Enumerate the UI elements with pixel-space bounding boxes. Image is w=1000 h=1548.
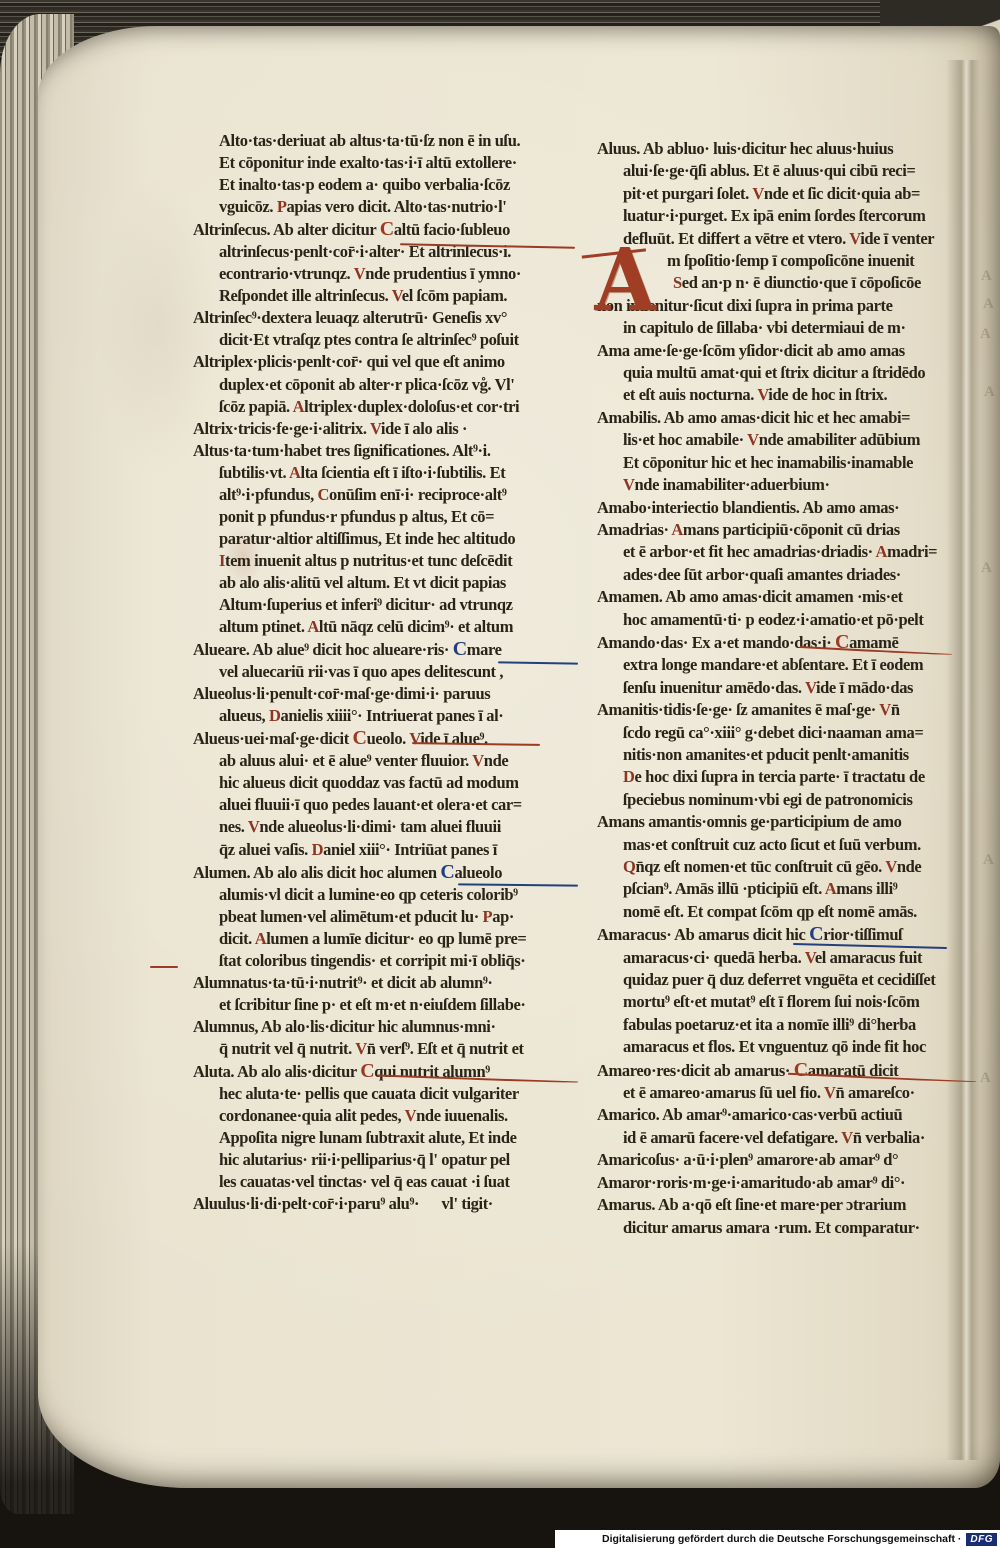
rubricated-letter: A: [255, 929, 267, 948]
text-segment: Amareo·res·dicit ab amarus·: [597, 1061, 794, 1080]
text-segment: ide de hoc in ſtrix.: [768, 385, 887, 404]
rubricated-letter: C: [809, 923, 823, 945]
text-segment: Alumen. Ab alo alis dicit hoc alumen: [193, 863, 440, 882]
text-column-left: Alto·tas·deriuat ab altus·ta·tū·ſz non ē…: [193, 130, 585, 1215]
text-segment: fabulas poetaruz·et ita a nomīe illi⁹ di…: [623, 1015, 916, 1034]
text-segment: ſubtilis·vt.: [219, 463, 289, 482]
text-segment: Altum·ſuperius et inferi⁹ dicitur· ad vt…: [219, 595, 513, 614]
manuscript-line: les cauatas·vel tinctas· vel q̄ eas caua…: [193, 1171, 585, 1193]
text-segment: ltū nāqz celū dicim⁹· et altum: [319, 617, 513, 636]
text-segment: el ſcōm papiam.: [402, 286, 507, 305]
manuscript-line: Alumnus, Ab alo·lis·dicitur hic alumnus·…: [193, 1016, 585, 1038]
manuscript-line: dicit·Et vtraſqz ptes contra ſe altrinſe…: [193, 329, 585, 351]
rubricated-letter: V: [409, 729, 420, 748]
text-segment: ponit p pfundus·r pfundus p altus, Et cō…: [219, 507, 494, 526]
manuscript-line: et ē amareo·amarus ſū uel fio. Vn̄ amare…: [597, 1082, 957, 1104]
manuscript-line: Reſpondet ille altrinſecus. Vel ſcōm pap…: [193, 285, 585, 307]
text-segment: hic alueus dicit quoddaz vas factū ad mo…: [219, 773, 519, 792]
text-segment: Et cōponitur hic et hec inamabilis·inama…: [623, 453, 913, 472]
manuscript-line: Et cōponitur hic et hec inamabilis·inama…: [597, 452, 957, 474]
text-segment: hoc amamentū·ti· p eodez·i·amatio·et pō·…: [623, 610, 923, 629]
manuscript-line: hoc amamentū·ti· p eodez·i·amatio·et pō·…: [597, 609, 957, 631]
text-segment: duplex·et cōponit ab alter·r plica·ſcōz …: [219, 375, 514, 394]
manuscript-line: q̄ nutrit vel q̄ nutrit. Vn̄ verſ⁹. Eſt …: [193, 1038, 585, 1060]
rubricated-letter: A: [825, 879, 837, 898]
text-segment: Aluta. Ab alo alis·dicitur: [193, 1062, 360, 1081]
text-segment: cordonanee·quia alit pedes,: [219, 1106, 405, 1125]
text-segment: paratur·altior altiſſimus, Et inde hec a…: [219, 529, 515, 548]
manuscript-line: Amabo·interiectio blandientis. Ab amo am…: [597, 497, 957, 519]
manuscript-line: amaracus·ci· quedā herba. Vel amaracus f…: [597, 947, 957, 969]
rubricated-letter: A: [876, 542, 888, 561]
text-segment: ab aluus alui· et ē alue⁹ venter fluuior…: [219, 751, 472, 770]
manuscript-line: ſcōz papiā. Altriplex·duplex·doloſus·et …: [193, 396, 585, 418]
rubricated-letter: V: [354, 264, 366, 283]
text-segment: madri=: [887, 542, 937, 561]
text-segment: Amaricoſus· a·ū·i·plen⁹ amarore·ab amar⁹…: [597, 1150, 898, 1169]
manuscript-line: extra longe mandare·et abſentare. Et ī e…: [597, 654, 957, 676]
text-segment: ades·dee ſūt arbor·quaſi amantes driades…: [623, 565, 901, 584]
manuscript-line: alt⁹·i·pfundus, Conūſim enī·i· reciproce…: [193, 484, 585, 506]
rubricated-letter: C: [360, 1060, 374, 1082]
text-segment: rior·tiſſimuſ: [823, 925, 902, 944]
manuscript-line: hec aluta·te· pellis que cauata dicit vu…: [193, 1083, 585, 1105]
text-segment: m ſpoſitio·ſemp ī compoſicōne inuenit: [667, 251, 914, 270]
text-segment: Amabo·interiectio blandientis. Ab amo am…: [597, 498, 899, 517]
text-segment: ſpeciebus nominum·vbi egi de patronomici…: [623, 790, 913, 809]
text-segment: Amaror·roris·m·ge·i·amaritudo·ab amar⁹ d…: [597, 1173, 905, 1192]
text-segment: Ama ame·ſe·ge·ſcōm yſidor·dicit ab amo a…: [597, 341, 905, 360]
manuscript-line: paratur·altior altiſſimus, Et inde hec a…: [193, 528, 585, 550]
text-segment: hic alutarius· rii·i·pelliparius·q̄ l' o…: [219, 1150, 510, 1169]
text-segment: mas·et conſtruit cuz acto ſicut et ſuū v…: [623, 835, 921, 854]
text-segment: vguicōz.: [219, 197, 277, 216]
manuscript-line: hic alueus dicit quoddaz vas factū ad mo…: [193, 772, 585, 794]
manuscript-line: ſubtilis·vt. Alta ſcientia eſt ī iſto·i·…: [193, 462, 585, 484]
text-segment: q̄z aluei vaſis.: [219, 840, 312, 859]
text-segment: q̄ nutrit vel q̄ nutrit.: [219, 1039, 355, 1058]
text-segment: Alumnatus·ta·tū·i·nutrit⁹· et dicit ab a…: [193, 973, 493, 992]
text-segment: onūſim enī·i· reciproce·alt⁹: [329, 485, 506, 504]
manuscript-line: ponit p pfundus·r pfundus p altus, Et cō…: [193, 506, 585, 528]
rubricated-letter: V: [841, 1128, 853, 1147]
manuscript-line: id ē amarū facere·vel defatigare. Vn̄ ve…: [597, 1127, 957, 1149]
text-segment: extra longe mandare·et abſentare. Et ī e…: [623, 655, 923, 674]
text-segment: ide ī venter: [860, 229, 934, 248]
text-segment: Appoſita nigre lunam ſubtraxit alute, Et…: [219, 1128, 517, 1147]
manuscript-line: Amaricoſus· a·ū·i·plen⁹ amarore·ab amar⁹…: [597, 1149, 957, 1171]
rubricated-letter: C: [380, 218, 394, 240]
manuscript-line: Vnde inamabiliter·aduerbium·: [597, 474, 957, 496]
text-segment: Amarus. Ab a·qō eſt ſine·et mare·per ɔtr…: [597, 1195, 906, 1214]
text-segment: Amans amantis·omnis ge·participium de am…: [597, 812, 901, 831]
text-segment: n̄ verbalia·: [853, 1128, 925, 1147]
rubricated-letter: A: [671, 520, 683, 539]
rubricated-letter: V: [370, 419, 381, 438]
manuscript-line: mas·et conſtruit cuz acto ſicut et ſuū v…: [597, 834, 957, 856]
manuscript-line: dicitur amarus amara ·rum. Et comparatur…: [597, 1217, 957, 1239]
text-segment: altum ptinet.: [219, 617, 307, 636]
manuscript-line: ſenſu inuenitur amēdo·das. Vide ī mādo·d…: [597, 677, 957, 699]
manuscript-line: luatur·i·purget. Ex ipā enim ſordes ſter…: [597, 205, 957, 227]
manuscript-line: altrinſecus·penlt·cor̄·i·alter· Et altri…: [193, 241, 585, 263]
manuscript-line: q̄z aluei vaſis. Daniel xiii°· Intriūat …: [193, 839, 585, 861]
text-segment: alueus,: [219, 706, 269, 725]
manuscript-line: vguicōz. Papias vero dicit. Alto·tas·nut…: [193, 196, 585, 218]
text-segment: n̄: [891, 700, 900, 719]
manuscript-line: Qn̄qz eſt nomen·et tūc conſtruit cū gēo.…: [597, 856, 957, 878]
text-segment: nde et ſic dicit·quia ab=: [764, 184, 920, 203]
text-segment: anielis xiiii°· Intriuerat panes ī al·: [281, 706, 504, 725]
rubricated-letter: A: [307, 617, 319, 636]
rubricated-letter: V: [248, 817, 260, 836]
text-segment: econtrario·vtrunqz.: [219, 264, 354, 283]
rubricated-letter: V: [623, 475, 635, 494]
text-segment: Alueare. Ab alue⁹ dicit hoc alueare·ris·: [193, 640, 453, 659]
bleed-through-glyph: A: [980, 1070, 991, 1087]
text-segment: et ē amareo·amarus ſū uel fio.: [623, 1083, 824, 1102]
manuscript-line: ades·dee ſūt arbor·quaſi amantes driades…: [597, 564, 957, 586]
manuscript-line: Amaror·roris·m·ge·i·amaritudo·ab amar⁹ d…: [597, 1172, 957, 1194]
text-segment: el amaracus fuit: [815, 948, 922, 967]
text-segment: lis·et hoc amabile·: [623, 430, 747, 449]
text-segment: ide ī alue⁹.: [420, 729, 488, 748]
text-segment: n̄ amareſco·: [836, 1083, 915, 1102]
rubricated-letter: A: [289, 463, 301, 482]
manuscript-line: pſcian⁹. Amās illū ·pticipiū eſt. Amans …: [597, 878, 957, 900]
manuscript-line: Alueus·uei·maſ·ge·dicit Cueolo. Vide ī a…: [193, 727, 585, 750]
manuscript-line: Altrinſec⁹·dextera leuaqz alterutrū· Gen…: [193, 307, 585, 329]
manuscript-line: Amadrias· Amans participiū·cōponit cū dr…: [597, 519, 957, 541]
text-segment: mortu⁹ eſt·et mutat⁹ eſt ī florem ſui no…: [623, 992, 919, 1011]
text-segment: et ē arbor·et fit hec amadrias·driadis·: [623, 542, 876, 561]
manuscript-line: pbeat lumen·vel alimētum·et pducit lu· P…: [193, 906, 585, 928]
manuscript-line: alumis·vl dicit a lumine·eo qp ceteris c…: [193, 884, 585, 906]
text-segment: Alumnus, Ab alo·lis·dicitur hic alumnus·…: [193, 1017, 496, 1036]
bleed-through-glyph: A: [981, 268, 992, 285]
manuscript-line: Alumen. Ab alo alis dicit hoc alumen Cal…: [193, 861, 585, 884]
text-segment: nomē eſt. Et compat ſcōm qp eſt nomē amā…: [623, 902, 917, 921]
text-segment: aluei fluuii·ī quo pedes lauant·et olera…: [219, 795, 522, 814]
manuscript-line: Altum·ſuperius et inferi⁹ dicitur· ad vt…: [193, 594, 585, 616]
text-segment: Amarico. Ab amar⁹·amarico·cas·verbū acti…: [597, 1105, 902, 1124]
rubricated-letter: V: [805, 678, 816, 697]
text-segment: n̄qz eſt nomen·et tūc conſtruit cū gēo.: [635, 857, 885, 876]
text-segment: hec aluta·te· pellis que cauata dicit vu…: [219, 1084, 519, 1103]
text-segment: Altus·ta·tum·habet tres ſignificationes.…: [193, 441, 491, 460]
text-segment: ide ī mādo·das: [816, 678, 913, 697]
text-segment: Altriplex·plicis·penlt·cor̄· qui vel que…: [193, 352, 505, 371]
text-segment: Alto·tas·deriuat ab altus·ta·tū·ſz non ē…: [219, 131, 520, 150]
manuscript-line: amaracus et flos. Et vnguentuz qō inde f…: [597, 1036, 957, 1058]
manuscript-line: Amabilis. Ab amo amas·dicit hic et hec a…: [597, 407, 957, 429]
rubricated-letter: Q: [623, 857, 635, 876]
manuscript-line: alui·ſe·ge·q̄ſi ablus. Et ē aluus·qui ci…: [597, 160, 957, 182]
rubric-flourish: [150, 966, 178, 968]
rubricated-letter: P: [277, 197, 287, 216]
manuscript-line: De hoc dixi ſupra in tercia parte· ī tra…: [597, 766, 957, 788]
text-segment: pſcian⁹. Amās illū ·pticipiū eſt.: [623, 879, 825, 898]
manuscript-line: Amarus. Ab a·qō eſt ſine·et mare·per ɔtr…: [597, 1194, 957, 1216]
text-segment: alui·ſe·ge·q̄ſi ablus. Et ē aluus·qui ci…: [623, 161, 915, 180]
manuscript-line: Aluulus·li·di·pelt·cor̄·i·paru⁹ alu⁹· vl…: [193, 1193, 585, 1215]
manuscript-line: Altriplex·plicis·penlt·cor̄· qui vel que…: [193, 351, 585, 373]
bleed-through-glyph: A: [981, 560, 992, 577]
manuscript-line: Et cōponitur inde exalto·tas·i·ī altū ex…: [193, 152, 585, 174]
rubricated-letter: V: [405, 1106, 417, 1125]
rubricated-letter: V: [747, 430, 759, 449]
bleed-through-glyph: A: [983, 296, 994, 313]
text-segment: alt⁹·i·pfundus,: [219, 485, 318, 504]
text-segment: Aluus. Ab abluo· luis·dicitur hec aluus·…: [597, 139, 893, 158]
manuscript-line: Amarico. Ab amar⁹·amarico·cas·verbū acti…: [597, 1104, 957, 1126]
manuscript-line: Alueare. Ab alue⁹ dicit hoc alueare·ris·…: [193, 638, 585, 661]
text-segment: id ē amarū facere·vel defatigare.: [623, 1128, 841, 1147]
manuscript-line: Item inuenit altus p nutritus·et tunc de…: [193, 550, 585, 572]
text-segment: pit·et purgari ſolet.: [623, 184, 752, 203]
manuscript-line: Alto·tas·deriuat ab altus·ta·tū·ſz non ē…: [193, 130, 585, 152]
rubricated-letter: S: [673, 273, 682, 292]
text-segment: dicit.: [219, 929, 255, 948]
rubricated-letter: C: [794, 1059, 808, 1081]
rubricated-letter: V: [805, 948, 815, 967]
rubricated-initial-A: A: [595, 244, 654, 324]
text-segment: Amanitis·tidis·ſe·ge· ſz amanites ē maſ·…: [597, 700, 879, 719]
text-segment: et ſcribitur ſine p· et eſt m·et n·eiuſd…: [219, 995, 526, 1014]
bleed-through-glyph: A: [984, 384, 995, 401]
rubricated-letter: V: [879, 700, 891, 719]
text-segment: nitis·non amanites·et pducit penlt·amani…: [623, 745, 909, 764]
manuscript-line: et ē arbor·et fit hec amadrias·driadis· …: [597, 541, 957, 563]
text-segment: nde iuuenalis.: [416, 1106, 508, 1125]
bleed-through-glyph: A: [983, 852, 994, 869]
manuscript-line: Alueolus·li·penult·cor̄·maſ·ge·dimi·i· p…: [193, 683, 585, 705]
manuscript-line: lis·et hoc amabile· Vnde amabiliter adūb…: [597, 429, 957, 451]
text-segment: vel aluecariū rii·vas ī quo apes delites…: [219, 662, 503, 681]
manuscript-line: quidaz puer q̄ duz deferret vnguēta et c…: [597, 969, 957, 991]
rubricated-letter: V: [392, 286, 402, 305]
manuscript-line: duplex·et cōponit ab alter·r plica·ſcōz …: [193, 374, 585, 396]
manuscript-line: Et inalto·tas·p eodem a· quibo verbalia·…: [193, 174, 585, 196]
rubricated-letter: P: [483, 907, 493, 926]
manuscript-line: et eſt auis nocturna. Vide de hoc in ſtr…: [597, 384, 957, 406]
manuscript-line: cordonanee·quia alit pedes, Vnde iuuenal…: [193, 1105, 585, 1127]
rubricated-letter: V: [757, 385, 768, 404]
manuscript-line: Amamen. Ab amo amas·dicit amamen ·mis·et: [597, 586, 957, 608]
text-segment: Alueolus·li·penult·cor̄·maſ·ge·dimi·i· p…: [193, 684, 490, 703]
text-segment: nde alueolus·li·dimi· tam aluei fluuii: [259, 817, 501, 836]
text-segment: ſcdo regū ca°·xiii° g·debet dici·naaman …: [623, 723, 923, 742]
manuscript-line: Ama ame·ſe·ge·ſcōm yſidor·dicit ab amo a…: [597, 340, 957, 362]
rubricated-letter: A: [293, 397, 305, 416]
text-segment: Et cōponitur inde exalto·tas·i·ī altū ex…: [219, 153, 517, 172]
text-segment: les cauatas·vel tinctas· vel q̄ eas caua…: [219, 1172, 510, 1191]
rubricated-letter: V: [885, 857, 897, 876]
text-segment: luatur·i·purget. Ex ipā enim ſordes ſter…: [623, 206, 926, 225]
text-segment: alumis·vl dicit a lumine·eo qp ceteris c…: [219, 885, 518, 904]
manuscript-line: alueus, Danielis xiiii°· Intriuerat pane…: [193, 705, 585, 727]
manuscript-line: Altrix·tricis·fe·ge·i·alitrix. Vide ī al…: [193, 418, 585, 440]
manuscript-line: pit·et purgari ſolet. Vnde et ſic dicit·…: [597, 183, 957, 205]
manuscript-line: aluei fluuii·ī quo pedes lauant·et olera…: [193, 794, 585, 816]
text-segment: ſenſu inuenitur amēdo·das.: [623, 678, 805, 697]
manuscript-line: Altus·ta·tum·habet tres ſignificationes.…: [193, 440, 585, 462]
text-segment: amaracus·ci· quedā herba.: [623, 948, 805, 967]
manuscript-line: Amaracus· Ab amarus dicit hic Crior·tiſſ…: [597, 923, 957, 946]
manuscript-line: nomē eſt. Et compat ſcōm qp eſt nomē amā…: [597, 901, 957, 923]
rubricated-letter: C: [353, 727, 367, 749]
text-segment: nde prudentius ī ymno·: [365, 264, 521, 283]
manuscript-line: ſpeciebus nominum·vbi egi de patronomici…: [597, 789, 957, 811]
text-segment: lta ſcientia eſt ī iſto·i·ſubtilis. Et: [301, 463, 506, 482]
rubricated-letter: C: [453, 638, 467, 660]
text-segment: Aluulus·li·di·pelt·cor̄·i·paru⁹ alu⁹· vl…: [193, 1194, 493, 1213]
manuscript-line: vel aluecariū rii·vas ī quo apes delites…: [193, 661, 585, 683]
dfg-logo: DFG: [966, 1533, 997, 1546]
text-segment: Alueus·uei·maſ·ge·dicit: [193, 729, 353, 748]
manuscript-line: econtrario·vtrunqz. Vnde prudentius ī ym…: [193, 263, 585, 285]
text-segment: ab alo alis·alitū vel altum. Et vt dicit…: [219, 573, 506, 592]
rubricated-letter: V: [752, 184, 764, 203]
manuscript-line: Amanitis·tidis·ſe·ge· ſz amanites ē maſ·…: [597, 699, 957, 721]
text-segment: Reſpondet ille altrinſecus.: [219, 286, 392, 305]
manuscript-line: nitis·non amanites·et pducit penlt·amani…: [597, 744, 957, 766]
manuscript-line: Altrinſecus. Ab alter dicitur Caltū faci…: [193, 218, 585, 241]
manuscript-line: et ſcribitur ſine p· et eſt m·et n·eiuſd…: [193, 994, 585, 1016]
text-segment: amaracus et flos. Et vnguentuz qō inde f…: [623, 1037, 926, 1056]
manuscript-line: fabulas poetaruz·et ita a nomīe illi⁹ di…: [597, 1014, 957, 1036]
digitization-credit: Digitalisierung gefördert durch die Deut…: [602, 1533, 961, 1545]
rubricated-letter: V: [472, 751, 484, 770]
manuscript-line: quia multū amat·qui et ſtrix dicitur a ſ…: [597, 362, 957, 384]
text-segment: mare: [467, 640, 502, 659]
rubricated-letter: D: [312, 840, 324, 859]
digitization-footer: Digitalisierung gefördert durch die Deut…: [555, 1530, 1000, 1548]
manuscript-line: hic alutarius· rii·i·pelliparius·q̄ l' o…: [193, 1149, 585, 1171]
text-segment: nde amabiliter adūbium: [759, 430, 920, 449]
manuscript-line: Appoſita nigre lunam ſubtraxit alute, Et…: [193, 1127, 585, 1149]
text-segment: ap·: [492, 907, 514, 926]
text-segment: Amadrias·: [597, 520, 671, 539]
text-segment: aniel xiii°· Intriūat panes ī: [323, 840, 497, 859]
text-segment: Amaracus· Ab amarus dicit hic: [597, 925, 809, 944]
text-segment: e hoc dixi ſupra in tercia parte· ī trac…: [635, 767, 925, 786]
rubricated-letter: C: [440, 861, 454, 883]
bleed-through-glyph: A: [980, 326, 991, 343]
text-segment: ide ī alo alis ·: [381, 419, 467, 438]
text-segment: Altrinſecus. Ab alter dicitur: [193, 220, 380, 239]
text-segment: ltriplex·duplex·doloſus·et cor·tri: [304, 397, 519, 416]
text-segment: nes.: [219, 817, 248, 836]
text-segment: mans illi⁹: [836, 879, 897, 898]
text-segment: Altrinſec⁹·dextera leuaqz alterutrū· Gen…: [193, 308, 507, 327]
manuscript-line: Aluus. Ab abluo· luis·dicitur hec aluus·…: [597, 138, 957, 160]
rubricated-letter: V: [355, 1039, 367, 1058]
text-segment: Et inalto·tas·p eodem a· quibo verbalia·…: [219, 175, 510, 194]
text-segment: ſtat coloribus tingendis· et corripit mi…: [219, 951, 525, 970]
text-segment: Amabilis. Ab amo amas·dicit hic et hec a…: [597, 408, 910, 427]
manuscript-line: Alumnatus·ta·tū·i·nutrit⁹· et dicit ab a…: [193, 972, 585, 994]
text-segment: tem inuenit altus p nutritus·et tunc deſ…: [225, 551, 512, 570]
text-segment: nde: [897, 857, 921, 876]
text-segment: nde: [484, 751, 508, 770]
text-segment: Amamen. Ab amo amas·dicit amamen ·mis·et: [597, 587, 903, 606]
manuscript-line: ab alo alis·alitū vel altum. Et vt dicit…: [193, 572, 585, 594]
manuscript-line: ab aluus alui· et ē alue⁹ venter fluuior…: [193, 750, 585, 772]
rubricated-letter: V: [849, 229, 860, 248]
text-segment: lumen a lumīe dicitur· eo qp lumē pre=: [266, 929, 526, 948]
text-segment: ueolo.: [367, 729, 410, 748]
text-segment: dicitur amarus amara ·rum. Et comparatur…: [623, 1218, 920, 1237]
text-segment: in capitulo de ſillaba· vbi determiaui d…: [623, 318, 906, 337]
text-segment: Amando·das· Ex a·et mando·das·i·: [597, 633, 835, 652]
text-segment: pbeat lumen·vel alimētum·et pducit lu·: [219, 907, 483, 926]
manuscript-line: dicit. Alumen a lumīe dicitur· eo qp lum…: [193, 928, 585, 950]
manuscript-line: nes. Vnde alueolus·li·dimi· tam aluei fl…: [193, 816, 585, 838]
text-segment: ed an·p n· ē diunctio·que ī cōpoſicōe: [682, 273, 921, 292]
text-segment: altū facio·ſubleuo: [394, 220, 510, 239]
text-segment: quidaz puer q̄ duz deferret vnguēta et c…: [623, 970, 935, 989]
text-segment: nde inamabiliter·aduerbium·: [635, 475, 830, 494]
text-segment: alueolo: [454, 863, 502, 882]
rubricated-letter: D: [269, 706, 281, 725]
rubricated-letter: V: [824, 1083, 836, 1102]
text-segment: n̄ verſ⁹. Eſt et q̄ nutrit et: [367, 1039, 524, 1058]
text-segment: Altrix·tricis·fe·ge·i·alitrix.: [193, 419, 370, 438]
manuscript-line: ſcdo regū ca°·xiii° g·debet dici·naaman …: [597, 722, 957, 744]
manuscript-line: altum ptinet. Altū nāqz celū dicim⁹· et …: [193, 616, 585, 638]
text-segment: defluūt. Et differt a vētre et vtero.: [623, 229, 849, 248]
manuscript-line: ſtat coloribus tingendis· et corripit mi…: [193, 950, 585, 972]
text-segment: quia multū amat·qui et ſtrix dicitur a ſ…: [623, 363, 925, 382]
rubricated-letter: C: [318, 485, 330, 504]
text-segment: et eſt auis nocturna.: [623, 385, 757, 404]
text-segment: apias vero dicit. Alto·tas·nutrio·l': [287, 197, 507, 216]
manuscript-line: Amans amantis·omnis ge·participium de am…: [597, 811, 957, 833]
rubricated-letter: D: [623, 767, 635, 786]
text-segment: mans participiū·cōponit cū drias: [683, 520, 900, 539]
text-segment: dicit·Et vtraſqz ptes contra ſe altrinſe…: [219, 330, 519, 349]
manuscript-line: mortu⁹ eſt·et mutat⁹ eſt ī florem ſui no…: [597, 991, 957, 1013]
text-segment: ſcōz papiā.: [219, 397, 293, 416]
